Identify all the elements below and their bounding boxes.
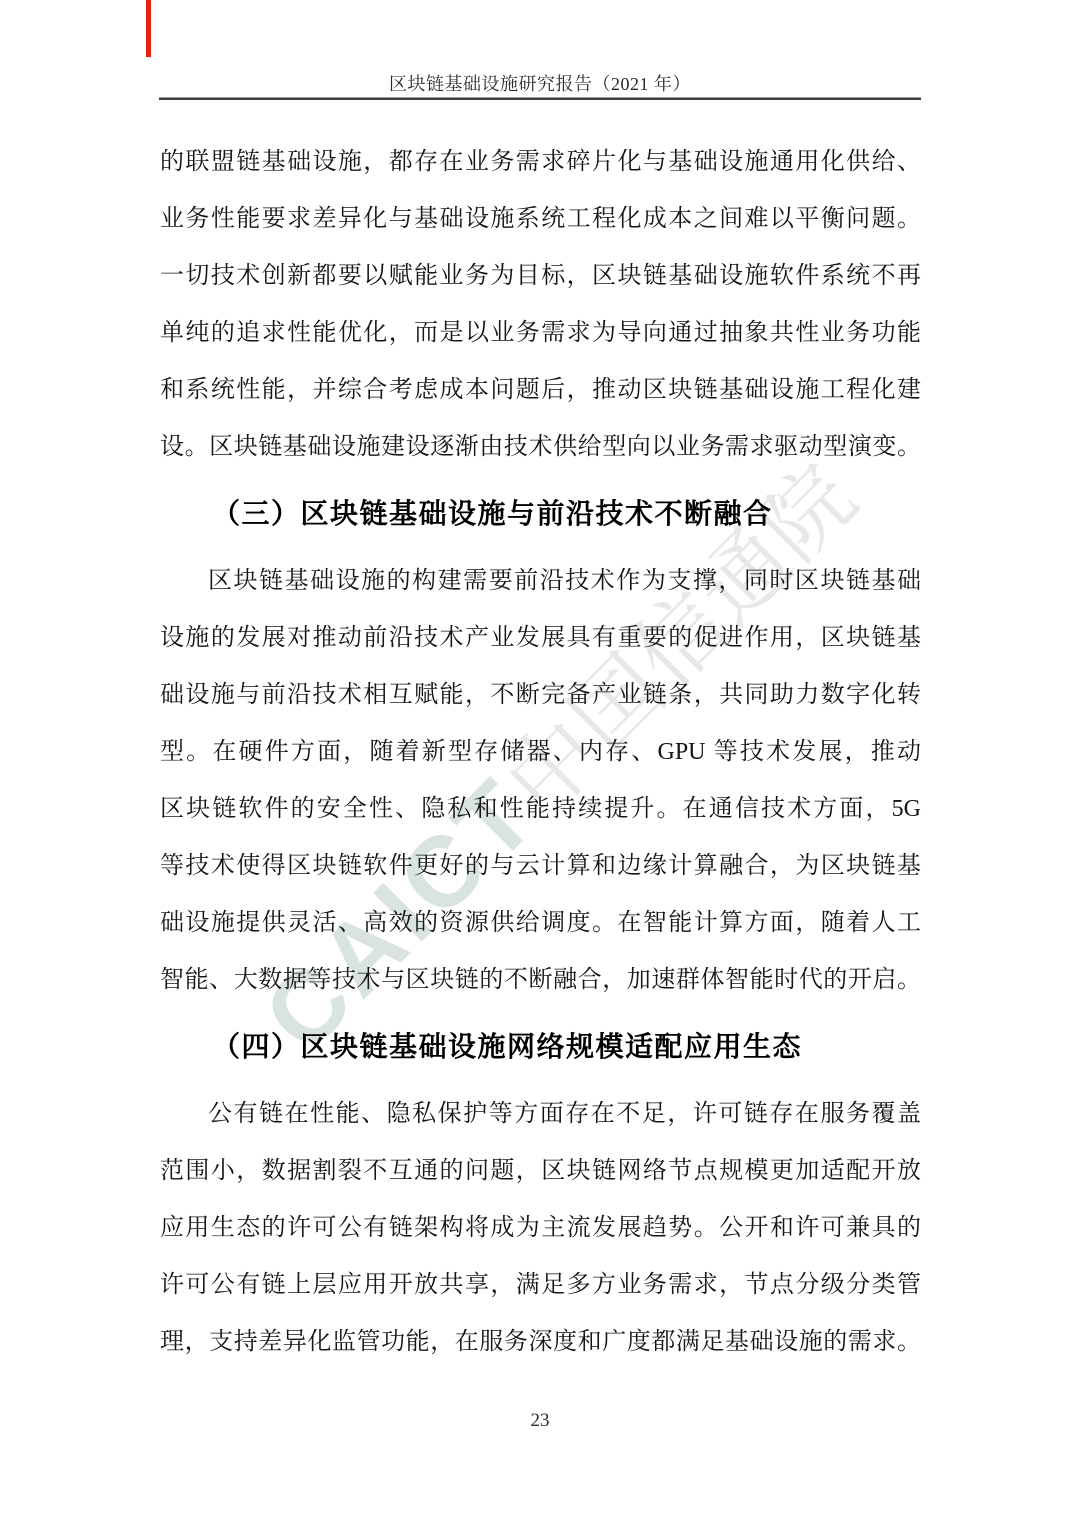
page-header-title: 区块链基础设施研究报告（2021 年） [0, 70, 1080, 96]
paragraph-line: 础设施与前沿技术相互赋能，不断完备产业链条，共同助力数字化转 [160, 667, 921, 724]
paragraph-line: 智能、大数据等技术与区块链的不断融合，加速群体智能时代的开启。 [160, 952, 921, 1009]
paragraph: 的联盟链基础设施，都存在业务需求碎片化与基础设施通用化供给、业务性能要求差异化与… [160, 134, 921, 476]
section-heading: （四）区块链基础设施网络规模适配应用生态 [160, 1019, 921, 1076]
paragraph-line: 区块链基础设施的构建需要前沿技术作为支撑，同时区块链基础 [160, 553, 921, 610]
paragraph-line: 设。区块链基础设施建设逐渐由技术供给型向以业务需求驱动型演变。 [160, 419, 921, 476]
document-body: 的联盟链基础设施，都存在业务需求碎片化与基础设施通用化供给、业务性能要求差异化与… [160, 134, 921, 1371]
paragraph-line: 设施的发展对推动前沿技术产业发展具有重要的促进作用，区块链基 [160, 610, 921, 667]
section-heading: （三）区块链基础设施与前沿技术不断融合 [160, 486, 921, 543]
paragraph-line: 许可公有链上层应用开放共享，满足多方业务需求，节点分级分类管 [160, 1257, 921, 1314]
red-accent-mark [146, 0, 151, 57]
document-page: 区块链基础设施研究报告（2021 年） CAICT中国信通院 的联盟链基础设施，… [0, 0, 1080, 1527]
paragraph-line: 范围小，数据割裂不互通的问题，区块链网络节点规模更加适配开放 [160, 1143, 921, 1200]
paragraph-line: 一切技术创新都要以赋能业务为目标，区块链基础设施软件系统不再 [160, 248, 921, 305]
paragraph-line: 的联盟链基础设施，都存在业务需求碎片化与基础设施通用化供给、 [160, 134, 921, 191]
paragraph-line: 和系统性能，并综合考虑成本问题后，推动区块链基础设施工程化建 [160, 362, 921, 419]
paragraph-line: 应用生态的许可公有链架构将成为主流发展趋势。公开和许可兼具的 [160, 1200, 921, 1257]
paragraph-line: 业务性能要求差异化与基础设施系统工程化成本之间难以平衡问题。 [160, 191, 921, 248]
paragraph-line: 等技术使得区块链软件更好的与云计算和边缘计算融合，为区块链基 [160, 838, 921, 895]
paragraph-line: 区块链软件的安全性、隐私和性能持续提升。在通信技术方面，5G [160, 781, 921, 838]
paragraph-line: 单纯的追求性能优化，而是以业务需求为导向通过抽象共性业务功能 [160, 305, 921, 362]
paragraph: 区块链基础设施的构建需要前沿技术作为支撑，同时区块链基础设施的发展对推动前沿技术… [160, 553, 921, 1009]
header-divider [159, 97, 921, 100]
paragraph: 公有链在性能、隐私保护等方面存在不足，许可链存在服务覆盖范围小，数据割裂不互通的… [160, 1086, 921, 1371]
page-number: 23 [0, 1410, 1080, 1432]
paragraph-line: 础设施提供灵活、高效的资源供给调度。在智能计算方面，随着人工 [160, 895, 921, 952]
paragraph-line: 理，支持差异化监管功能，在服务深度和广度都满足基础设施的需求。 [160, 1314, 921, 1371]
paragraph-line: 型。在硬件方面，随着新型存储器、内存、GPU 等技术发展，推动 [160, 724, 921, 781]
paragraph-line: 公有链在性能、隐私保护等方面存在不足，许可链存在服务覆盖 [160, 1086, 921, 1143]
